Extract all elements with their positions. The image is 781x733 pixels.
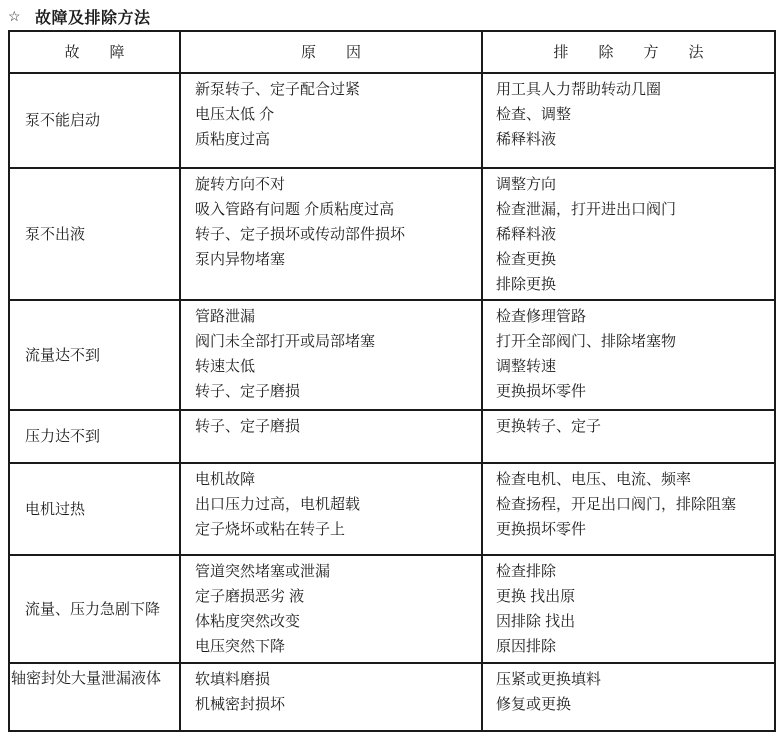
section-title-text: 故障及排除方法 [35, 5, 151, 28]
remedy-cell: 检查排除更换 找出原因排除 找出原因排除 [482, 555, 775, 663]
remedy-line: 检查修理管路 [496, 304, 768, 329]
fault-cell: 流量、压力急剧下降 [9, 555, 180, 663]
cause-line: 软填料磨损 [195, 667, 475, 692]
remedy-cell: 用工具人力帮助转动几圈检查、调整稀释料液 [482, 73, 775, 168]
remedy-cell: 调整方向检查泄漏，打开进出口阀门稀释料液检查更换排除更换 [482, 168, 775, 300]
remedy-line: 更换损坏零件 [496, 517, 768, 542]
cause-cell: 管路泄漏阀门未全部打开或局部堵塞转速太低转子、定子磨损 [180, 300, 482, 410]
remedy-line: 排除更换 [496, 272, 768, 297]
header-cause: 原 因 [180, 31, 482, 73]
remedy-cell: 检查电机、电压、电流、频率检查扬程，开足出口阀门，排除阻塞更换损坏零件 [482, 463, 775, 555]
cause-line: 阀门未全部打开或局部堵塞 [195, 329, 475, 354]
remedy-line: 调整方向 [496, 172, 768, 197]
cause-cell: 转子、定子磨损 [180, 410, 482, 463]
cause-line: 新泵转子、定子配合过紧 [195, 77, 475, 102]
cause-line: 管路泄漏 [195, 304, 475, 329]
table-row: 泵不出液旋转方向不对吸入管路有问题 介质粘度过高转子、定子损坏或传动部件损坏泵内… [9, 168, 775, 300]
cause-line: 电压太低 介 [195, 102, 475, 127]
cause-line: 转子、定子损坏或传动部件损坏 [195, 222, 475, 247]
star-icon: ☆ [8, 8, 35, 25]
cause-line: 旋转方向不对 [195, 172, 475, 197]
cause-line: 体粘度突然改变 [195, 609, 475, 634]
remedy-line: 更换损坏零件 [496, 379, 768, 404]
remedy-line: 检查泄漏，打开进出口阀门 [496, 197, 768, 222]
remedy-line: 稀释料液 [496, 222, 768, 247]
cause-line: 定子烧坏或粘在转子上 [195, 517, 475, 542]
cause-cell: 管道突然堵塞或泄漏定子磨损恶劣 液体粘度突然改变电压突然下降 [180, 555, 482, 663]
remedy-line: 检查排除 [496, 559, 768, 584]
remedy-line: 调整转速 [496, 354, 768, 379]
cause-cell: 旋转方向不对吸入管路有问题 介质粘度过高转子、定子损坏或传动部件损坏泵内异物堵塞 [180, 168, 482, 300]
remedy-line: 原因排除 [496, 634, 768, 659]
document-page: ☆ 故障及排除方法 故 障 原 因 排 除 方 法 泵不能启动新泵转子、定子配合… [0, 0, 781, 733]
remedy-line: 稀释料液 [496, 127, 768, 152]
remedy-cell: 压紧或更换填料修复或更换 [482, 663, 775, 731]
remedy-line: 打开全部阀门、排除堵塞物 [496, 329, 768, 354]
fault-cell: 电机过热 [9, 463, 180, 555]
remedy-line: 检查扬程，开足出口阀门，排除阻塞 [496, 492, 768, 517]
cause-line: 电压突然下降 [195, 634, 475, 659]
fault-cell: 泵不出液 [9, 168, 180, 300]
cause-line: 机械密封损坏 [195, 692, 475, 717]
cause-cell: 新泵转子、定子配合过紧电压太低 介质粘度过高 [180, 73, 482, 168]
table-row: 泵不能启动新泵转子、定子配合过紧电压太低 介质粘度过高用工具人力帮助转动几圈检查… [9, 73, 775, 168]
remedy-cell: 检查修理管路打开全部阀门、排除堵塞物调整转速更换损坏零件 [482, 300, 775, 410]
fault-table: 故 障 原 因 排 除 方 法 泵不能启动新泵转子、定子配合过紧电压太低 介质粘… [8, 30, 776, 732]
remedy-line: 检查、调整 [496, 102, 768, 127]
remedy-line: 更换 找出原 [496, 584, 768, 609]
fault-cell: 泵不能启动 [9, 73, 180, 168]
cause-line: 定子磨损恶劣 液 [195, 584, 475, 609]
cause-line: 吸入管路有问题 介质粘度过高 [195, 197, 475, 222]
cause-line: 转速太低 [195, 354, 475, 379]
header-remedy: 排 除 方 法 [482, 31, 775, 73]
cause-line: 泵内异物堵塞 [195, 247, 475, 272]
header-row: 故 障 原 因 排 除 方 法 [9, 31, 775, 73]
remedy-line: 修复或更换 [496, 692, 768, 717]
fault-cell: 流量达不到 [9, 300, 180, 410]
cause-line: 出口压力过高，电机超载 [195, 492, 475, 517]
cause-line: 转子、定子磨损 [195, 379, 475, 404]
remedy-line: 压紧或更换填料 [496, 667, 768, 692]
remedy-line: 检查更换 [496, 247, 768, 272]
header-fault: 故 障 [9, 31, 180, 73]
cause-cell: 软填料磨损机械密封损坏 [180, 663, 482, 731]
remedy-line: 更换转子、定子 [496, 414, 768, 439]
cause-line: 转子、定子磨损 [195, 414, 475, 439]
table-row: 压力达不到转子、定子磨损更换转子、定子 [9, 410, 775, 463]
section-title: ☆ 故障及排除方法 [8, 6, 774, 27]
fault-cell: 压力达不到 [9, 410, 180, 463]
table-row: 流量、压力急剧下降管道突然堵塞或泄漏定子磨损恶劣 液体粘度突然改变电压突然下降检… [9, 555, 775, 663]
fault-cell: 轴密封处大量泄漏液体 [9, 663, 180, 731]
remedy-line: 用工具人力帮助转动几圈 [496, 77, 768, 102]
table-row: 轴密封处大量泄漏液体软填料磨损机械密封损坏压紧或更换填料修复或更换 [9, 663, 775, 731]
cause-line: 质粘度过高 [195, 127, 475, 152]
table-row: 电机过热电机故障出口压力过高，电机超载定子烧坏或粘在转子上检查电机、电压、电流、… [9, 463, 775, 555]
cause-line: 电机故障 [195, 467, 475, 492]
remedy-line: 因排除 找出 [496, 609, 768, 634]
cause-cell: 电机故障出口压力过高，电机超载定子烧坏或粘在转子上 [180, 463, 482, 555]
cause-line: 管道突然堵塞或泄漏 [195, 559, 475, 584]
table-row: 流量达不到管路泄漏阀门未全部打开或局部堵塞转速太低转子、定子磨损检查修理管路打开… [9, 300, 775, 410]
remedy-line: 检查电机、电压、电流、频率 [496, 467, 768, 492]
remedy-cell: 更换转子、定子 [482, 410, 775, 463]
